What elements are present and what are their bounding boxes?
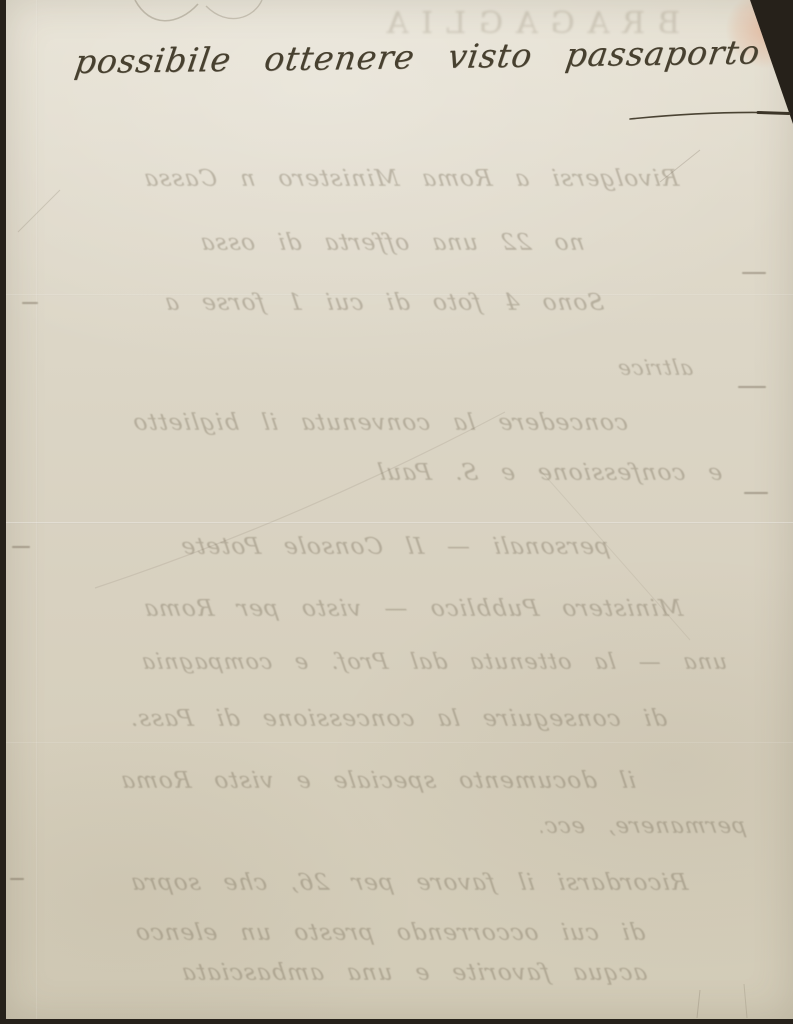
- ghost-line: permanere, ecc.): [538, 814, 748, 839]
- margin-dash: [12, 546, 30, 548]
- ghost-line: no 22 una offerta di ossa: [80, 230, 704, 256]
- ghost-line: Ricordarsi il favore per 26, che sopra: [50, 870, 768, 896]
- ghost-line: di conseguire la concessione di Pass.: [50, 706, 746, 732]
- ghost-line: una — la ottenuta dal Prof. e compagnia: [90, 650, 778, 675]
- ghost-line: altrice: [594, 356, 715, 380]
- margin-dash: [738, 386, 766, 388]
- ghost-line: concedere la convenuta il biglietto: [50, 410, 710, 436]
- ghost-line: e confessione e S. Paulo: [376, 460, 724, 486]
- scanned-letter-page: { "page": { "kind": "scanned handwritten…: [0, 0, 793, 1024]
- ghost-line: di cui occorrendo presto un elenco: [46, 920, 734, 946]
- margin-dash: [22, 302, 38, 304]
- ghost-line: personali — Il Console Potete: [16, 534, 774, 560]
- margin-dash: [744, 492, 768, 494]
- ghost-lines-layer: Rivolgersi a Roma Ministero n Cassano 22…: [0, 0, 793, 1024]
- margin-dash: [742, 272, 766, 274]
- ghost-line: il documento speciale e visto Roma: [50, 768, 706, 794]
- ghost-line: Ministero Pubblico — visto per Roma: [50, 596, 776, 622]
- margin-dash: [10, 878, 24, 880]
- ghost-line: acqua favorite e una ambasciata: [86, 960, 742, 986]
- ghost-line: Sono 4 foto di cui 1 forse a: [50, 290, 718, 316]
- ghost-line: Rivolgersi a Roma Ministero n Cassa: [56, 166, 766, 192]
